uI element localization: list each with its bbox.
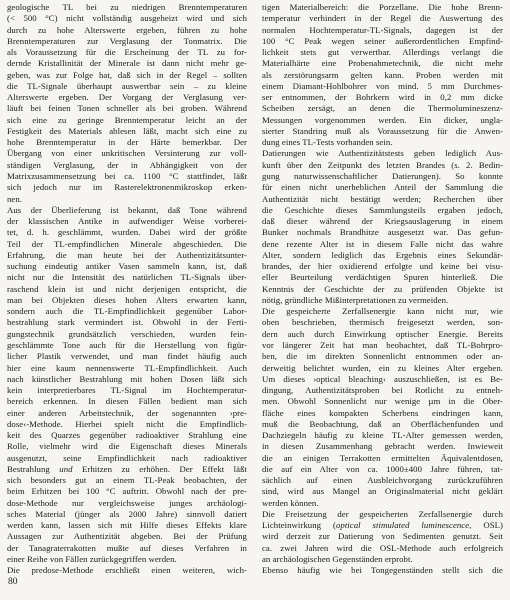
text-line: Alter, sondern lediglich das Ergebnis ei… [262,250,503,261]
text-line: werden kann, lassen sich mit Hilfe diese… [7,520,247,531]
text-line: ausgenutzt, seine Empfindlichkeit nach r… [7,453,247,464]
text-line: als zerstörungsarm gelten kann. Proben w… [262,70,503,81]
text-line: Aus der Überlieferung ist bekannt, daß T… [7,205,247,216]
text-line: in diesen Zusammenhang gebracht werden. … [262,441,503,452]
text-line: Datierungen wie Authentizitätstests gebe… [262,148,503,159]
text-line: tet, d. h. geschlämmt, wurden. Dabei wir… [7,227,247,238]
text-line: dose-Methode nur vergleichsweise junges … [7,498,247,509]
text-line: geben, was zur Folge hat, daß sich in de… [7,70,247,81]
text-line: Brenntemperaturen zur Verglasung der Ton… [7,36,247,47]
text-line: beim Erhitzen bei 100 °C auftritt. Obwoh… [7,486,247,497]
text-line: durch zu hohe Alterswerte ergeben, führe… [7,25,247,36]
text-line: Authentizität nicht bestätigt werden; Re… [262,194,503,205]
text-line: sches Material (jünger als 2000 Jahre) s… [7,509,247,520]
text-line: bereich erkennen. In diesen Fällen bedie… [7,396,247,407]
text-line: der klassischen Antike in aufwendiger We… [7,216,247,227]
text-line: nen. [7,194,247,205]
text-line: der Tanagraterrakotten mußte auf dieses … [7,543,247,554]
text-line: men. Obwohl Sonnenlicht nur wenige µm in… [262,396,503,407]
text-line: Scheiben zersägt, an denen die Thermolum… [262,103,503,114]
text-line: die auf ein Alter von ca. 1000±400 Jahre… [262,464,503,475]
text-line: Matrixzusammensetzung bei ca. 1100 °C st… [7,171,247,182]
text-column-left: geologische TL bei zu niedrigen Brenntem… [7,2,247,577]
text-line: Bunker nochmals Brandhitze ausgesetzt wa… [262,227,503,238]
text-line: gungstechnik grundsätzlich verschieden, … [7,329,247,340]
text-line: Ebenso häufig wie bei Tongegenständen st… [262,565,503,576]
text-line: Um dieses ›optical bleaching‹ auszuschli… [262,374,503,385]
text-line: Lichteinwirkung (optical stimulated lumi… [262,520,503,531]
text-line: Alterswerte ergeben. Der Vorgang der Ver… [7,92,247,103]
text-line: eller Beurteilung verdächtigen Spuren hi… [262,272,503,283]
text-line: Erfahrung, die man heute bei der Authent… [7,250,247,261]
text-line: Die gespeicherte Zerfallsenergie kann ni… [262,306,503,317]
text-line: daß dieser während der Kriegsauslagerung… [262,216,503,227]
text-line: man bei Objekten dieses hohen Alters erw… [7,295,247,306]
text-line: (< 500 °C) nicht vollständig ausgeheizt … [7,13,247,24]
text-line: ca. zwei Jahren wird die OSL-Methode auc… [262,543,503,554]
text-line: einer Reihe von Fällen zurückgegriffen w… [7,554,247,565]
text-line: für einen nicht unerheblichen Anteil der… [262,182,503,193]
text-line: sierter Standring muß als Voraussetzung … [262,126,503,137]
text-line: derweitig belichtet wurden, ein zu klein… [262,363,503,374]
text-line: muß die Beobachtung, daß an Oberflächenf… [262,419,503,430]
book-page: geologische TL bei zu niedrigen Brenntem… [0,0,510,600]
text-line: ständigen Verglasung, der in Abhängigkei… [7,160,247,171]
text-line: Die Freisetzung der gespeicherten Zerfal… [262,509,503,520]
text-line: Übergang von einer unkritischen Versinte… [7,148,247,159]
text-line: sind, wird aus Mangel an Originalmateria… [262,486,503,497]
text-line: sächlich auf einen Ausbleichvorgang zurü… [262,475,503,486]
text-line: ser entnommen, der Bohrkern wird in 0,2 … [262,92,503,103]
text-line: einer anderen Arbeitstechnik, der sogena… [7,408,247,419]
text-line: keit des Quarzes gegenüber radioaktiver … [7,430,247,441]
text-line: kunft über den Zeitpunkt des letzten Bra… [262,160,503,171]
text-line: Aussagen zur Authentizität abgeben. Bei … [7,531,247,542]
text-line: lichkeit stets gut verwertbar. Allerding… [262,47,503,58]
text-line: dingung, Authentizitätsproben bei Rotlic… [262,385,503,396]
text-line: sich eine zu geringe Brenntemperatur lei… [7,115,247,126]
text-line: bestrahlung stark vermindert ist. Obwohl… [7,317,247,328]
text-line: Dachziegeln häufig zu kleine TL-Alter ge… [262,430,503,441]
text-line: Bestrahlung und Erhitzen zu erhöhen. Der… [7,464,247,475]
text-line: als Voraussetzung für die Erscheinung de… [7,47,247,58]
text-line: temperatur verhindert in der Regel die A… [262,13,503,24]
text-line: brandes, der hier oxidierend erfolgte un… [262,261,503,272]
text-line: geologische TL bei zu niedrigen Brenntem… [7,2,247,13]
text-line: Die predose-Methode erschließt einen wei… [7,565,247,576]
text-line: an archäologischen Gegenständen erprobt. [262,554,503,565]
text-line: Materialhärte eine Probenahmetechnik, di… [262,58,503,69]
text-line: sondern auch die TL-Empfindlichkeit gege… [7,306,247,317]
text-line: geschlämmte Tone auch für die Herstellun… [7,340,247,351]
text-line: hohe Brenntemperatur in der Härte bemerk… [7,137,247,148]
text-line: ben, die im direkten Sonnenlicht entnomm… [262,351,503,362]
text-line: läuft bei feinen Tonen schneller als bei… [7,103,247,114]
text-line: nötig, gründliche Mißinterpretationen zu… [262,295,503,306]
text-line: Rolle, vielmehr wird die Eigenschaft die… [7,441,247,452]
text-line: dernde Kristallinität der Minerale ist d… [7,58,247,69]
text-line: nicht nur die Intensität des natürlichen… [7,272,247,283]
text-line: dose‹-Methode. Hierbei spielt nicht die … [7,419,247,430]
text-line: Festigkeit des Materials ablesen läßt, m… [7,126,247,137]
text-line: 100 °C Peak wegen seiner außerordentlich… [262,36,503,47]
text-line: tigen Materialbereich: die Porzellane. D… [262,2,503,13]
text-line: einem Diamant-Hohlbohrer von mind. 5 mm … [262,81,503,92]
text-line: gung naturwissenschaftlicher Datierungen… [262,171,503,182]
text-line: werden können. [262,498,503,509]
text-line: wird derzeit zur Datierung von Sedimente… [262,531,503,542]
page-number: 80 [8,577,18,587]
text-line: dern auch durch Einwirkung optischer Ene… [262,329,503,340]
text-line: Teil der TL-empfindlichen Minerale abges… [7,239,247,250]
text-line: nach künstlicher Bestrahlung mit hohen D… [7,374,247,385]
text-line: normalen Hochtemperatur-TL-Signals, dage… [262,25,503,36]
text-line: Kenntnis der Geschichte der zu prüfenden… [262,284,503,295]
text-line: fläche eines kompakten Scherbens eindrin… [262,408,503,419]
text-line: die TL-Signale überhaupt auswertbar sein… [7,81,247,92]
text-line: hier eine kaum nennenswerte TL-Empfindli… [7,363,247,374]
text-line: dung eines TL-Tests vorhanden sein. [262,137,503,148]
text-line: die Geschichte dieses Sammlungsteils erg… [262,205,503,216]
text-line: raschend klein ist und nicht derjenigen … [7,284,247,295]
text-line: vor längerer Zeit hat man beobachtet, da… [262,340,503,351]
text-line: oben beschrieben, thermisch freigesetzt … [262,317,503,328]
text-line: kein interpretierbares TL-Signal im Hoch… [7,385,247,396]
text-line: die an einigen Terrakotten ermittelten Ä… [262,453,503,464]
text-line: licher Plastik verwendet, und man findet… [7,351,247,362]
text-line: Messungen vorgenommen werden. Ein dicker… [262,115,503,126]
text-line: suchung eindeutig antiker Vasen sammeln … [7,261,247,272]
text-column-right: tigen Materialbereich: die Porzellane. D… [262,2,503,577]
text-line: sich jedoch nur im Rasterelektronenmikro… [7,182,247,193]
text-line: sich besonders gut an einem TL-Peak beob… [7,475,247,486]
text-line: dene rezente Alter ist in diesem Falle n… [262,239,503,250]
